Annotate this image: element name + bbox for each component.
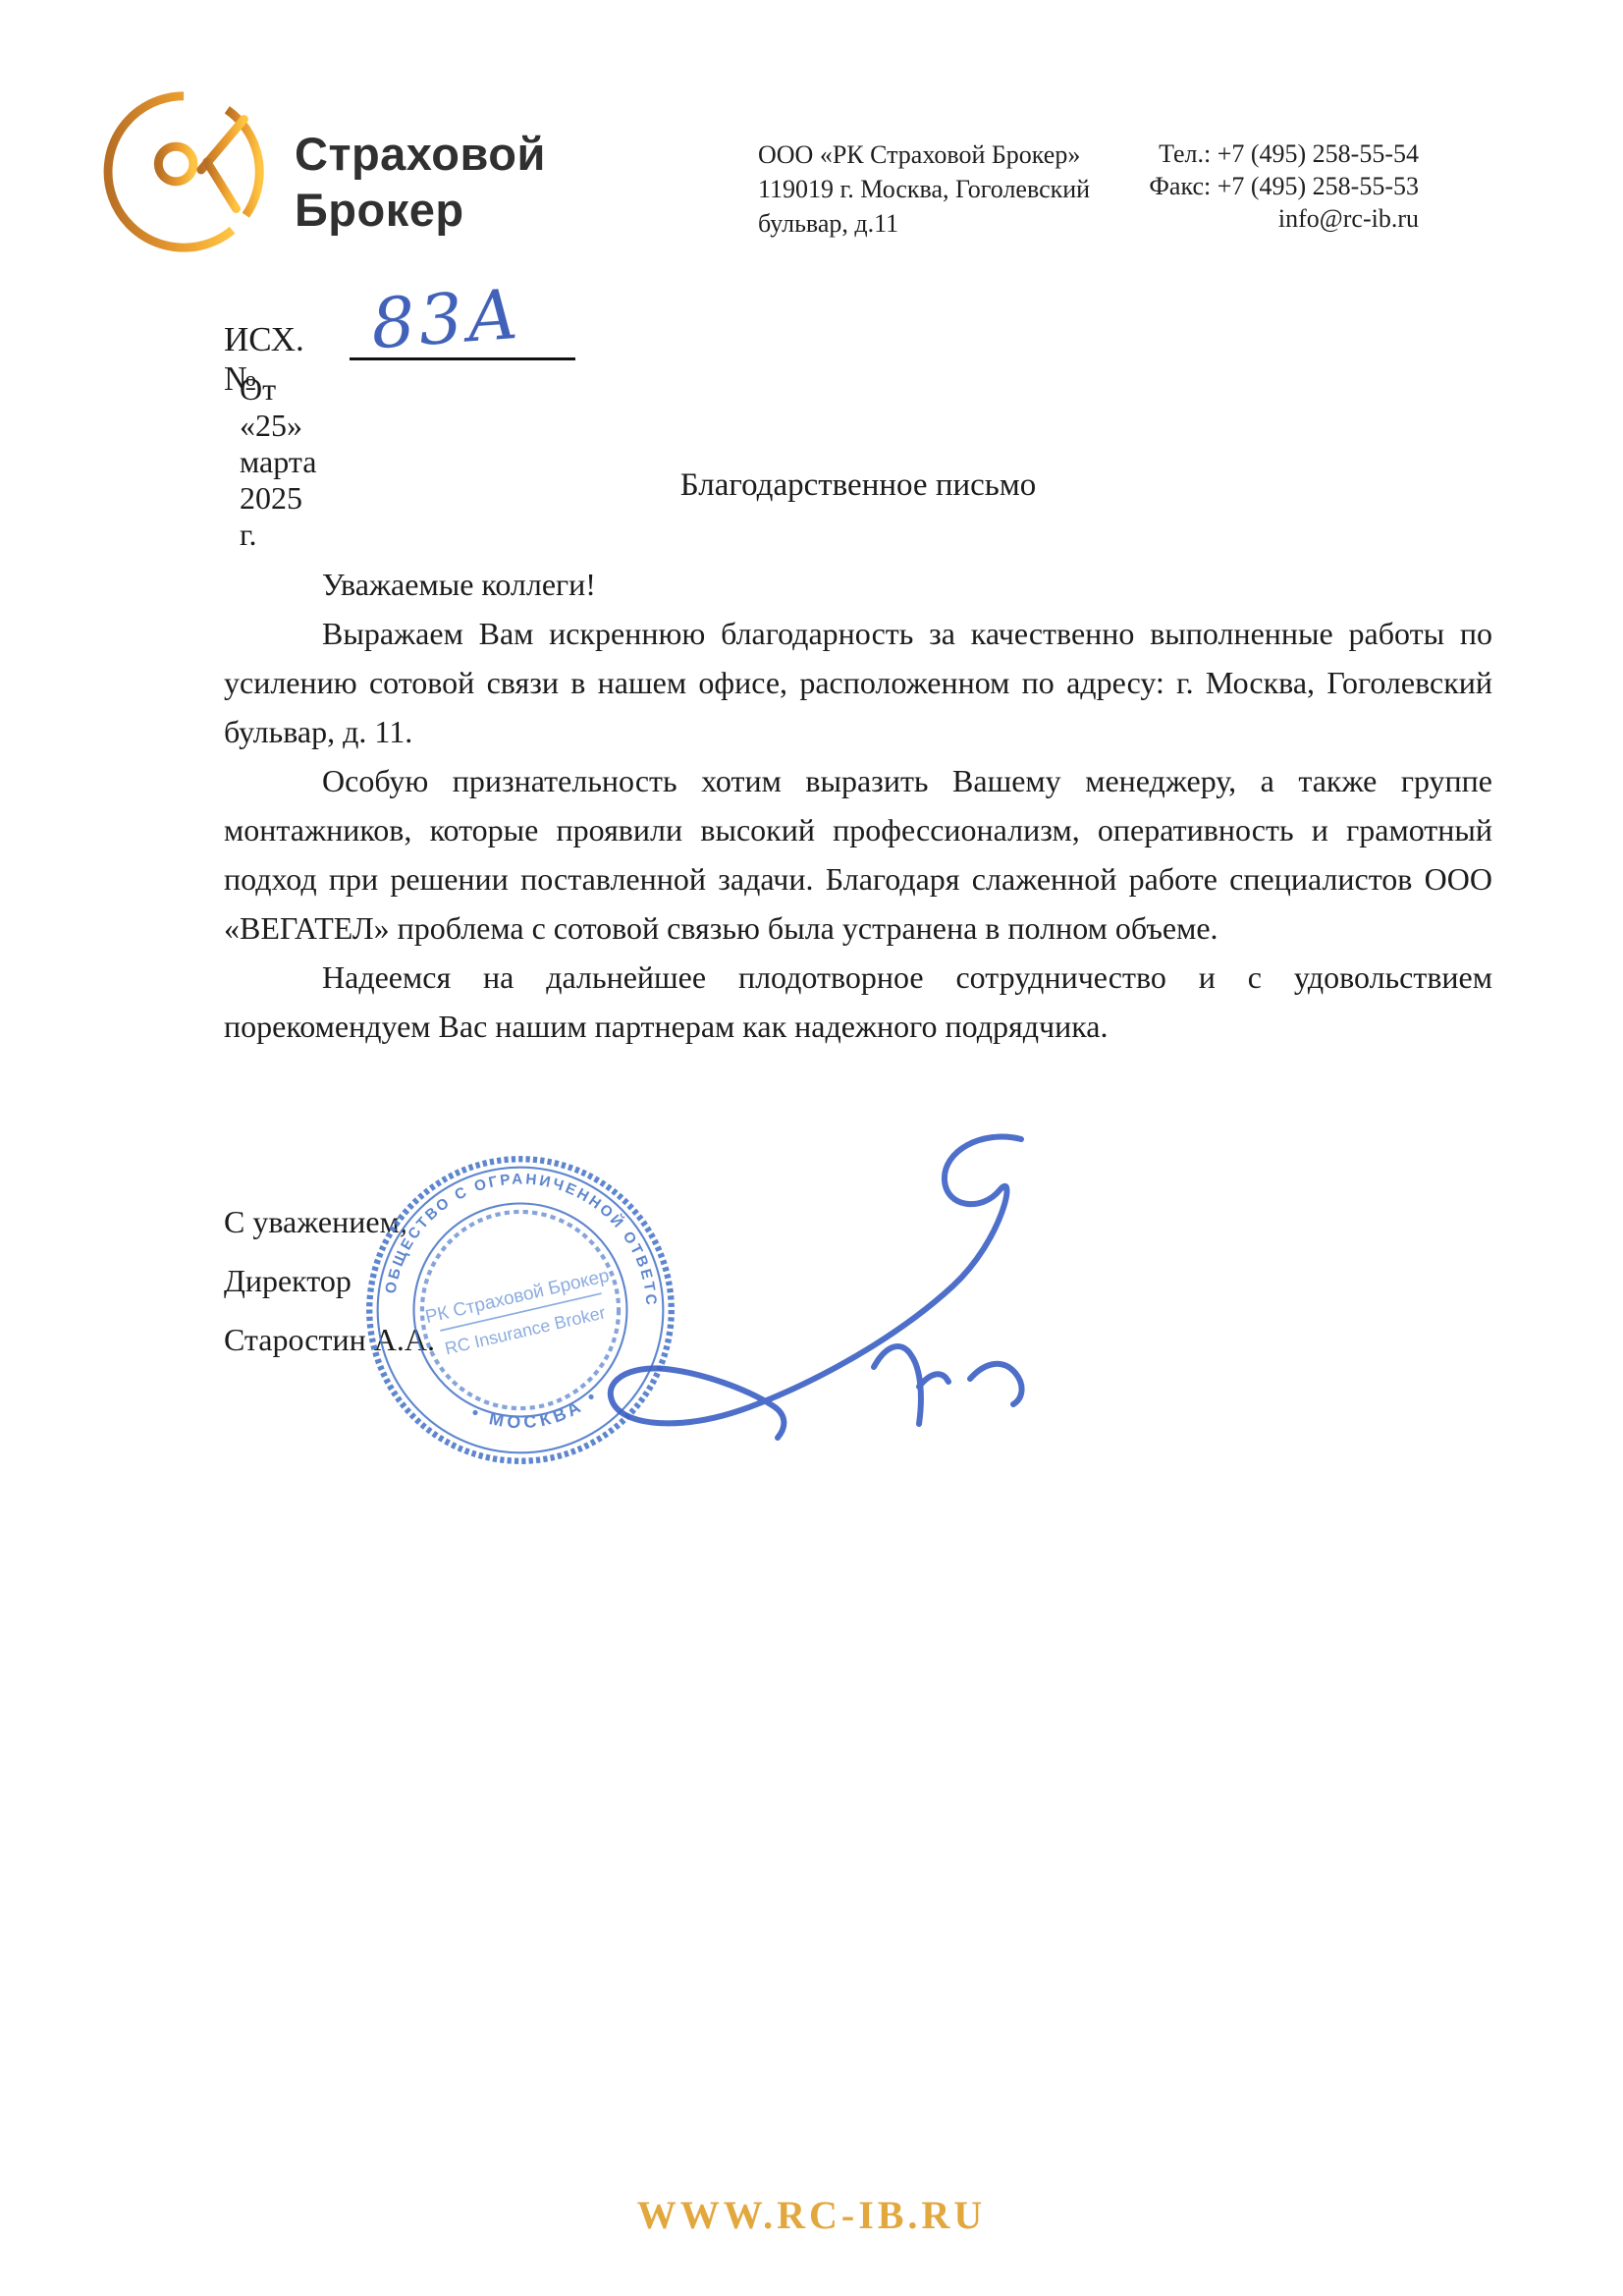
wordmark-line1: Страховой bbox=[295, 126, 546, 182]
letter-page: Страховой Брокер ООО «РК Страховой Броке… bbox=[0, 0, 1623, 2296]
director-signature-ink bbox=[550, 1110, 1060, 1463]
fax-line: Факс: +7 (495) 258-55-53 bbox=[1006, 170, 1419, 202]
paragraph-3: Надеемся на дальнейшее плодотворное сотр… bbox=[224, 953, 1492, 1051]
footer-website: WWW.RC-IB.RU bbox=[0, 2192, 1623, 2238]
company-wordmark: Страховой Брокер bbox=[295, 126, 546, 238]
email-text: info@rc-ib.ru bbox=[1006, 202, 1419, 235]
paragraph-2: Особую признательность хотим выразить Ва… bbox=[224, 756, 1492, 953]
phone-line: Тел.: +7 (495) 258-55-54 bbox=[1006, 137, 1419, 170]
letter-date: От «25» марта 2025 г. bbox=[240, 371, 316, 553]
company-logo-rk-icon bbox=[98, 77, 283, 261]
company-contacts-block: Тел.: +7 (495) 258-55-54 Факс: +7 (495) … bbox=[1006, 137, 1419, 235]
salutation: Уважаемые коллеги! bbox=[224, 560, 1492, 609]
handwritten-outgoing-number: 83А bbox=[369, 280, 525, 359]
letter-body: Уважаемые коллеги! Выражаем Вам искренню… bbox=[224, 560, 1492, 1051]
paragraph-1: Выражаем Вам искреннюю благодарность за … bbox=[224, 609, 1492, 756]
wordmark-line2: Брокер bbox=[295, 182, 546, 238]
letter-title: Благодарственное письмо bbox=[224, 467, 1492, 504]
